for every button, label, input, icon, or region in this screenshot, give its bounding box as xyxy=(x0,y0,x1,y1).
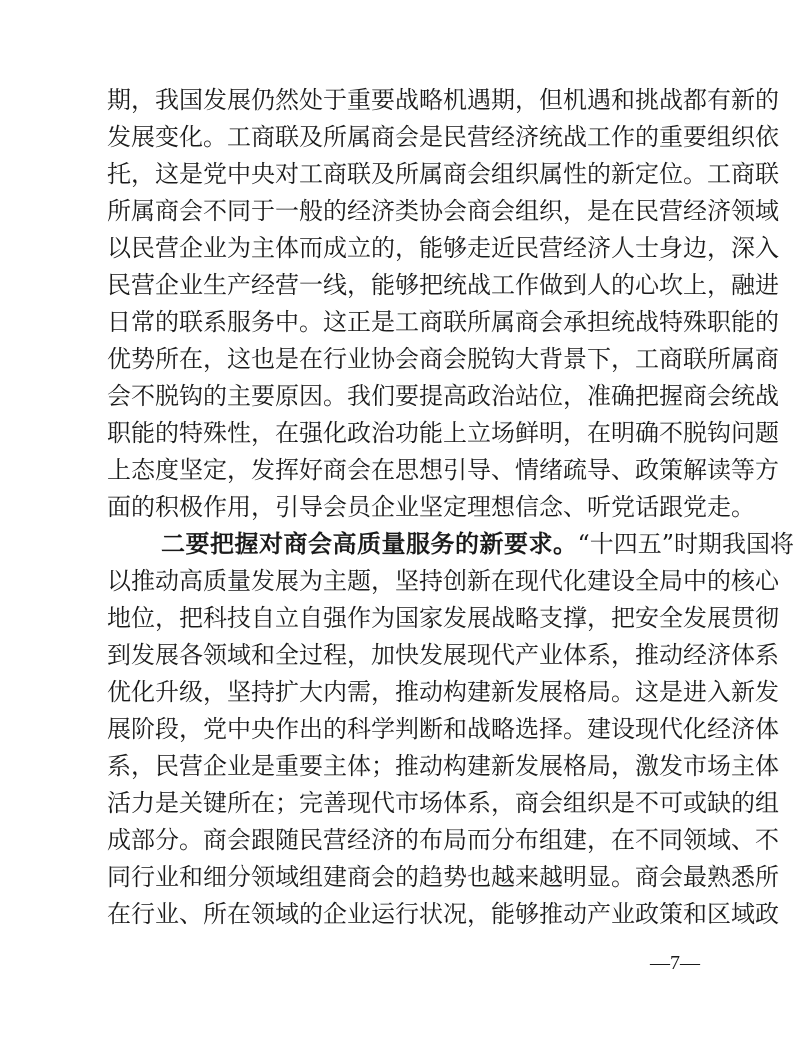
text-line: 活力是关键所在；完善现代市场体系，商会组织是不可或缺的组 xyxy=(107,785,699,822)
text-line: 上态度坚定，发挥好商会在思想引导、情绪疏导、政策解读等方 xyxy=(107,452,699,489)
text-line: 会不脱钩的主要原因。我们要提高政治站位，准确把握商会统战 xyxy=(107,378,699,415)
text-line: 所属商会不同于一般的经济类协会商会组织，是在民营经济领域 xyxy=(107,193,699,230)
paragraph-2-first-line-rest: “十四五”时期我国将 xyxy=(578,530,795,558)
text-line: 同行业和细分领域组建商会的趋势也越来越明显。商会最熟悉所 xyxy=(107,859,699,896)
text-line: 系，民营企业是重要主体；推动构建新发展格局，激发市场主体 xyxy=(107,748,699,785)
page-number: —7— xyxy=(650,952,700,975)
text-line: 民营企业生产经营一线，能够把统战工作做到人的心坎上，融进 xyxy=(107,267,699,304)
text-line: 发展变化。工商联及所属商会是民营经济统战工作的重要组织依 xyxy=(107,119,699,156)
text-line: 托，这是党中央对工商联及所属商会组织属性的新定位。工商联 xyxy=(107,156,699,193)
text-line: 优势所在，这也是在行业协会商会脱钩大背景下，工商联所属商 xyxy=(107,341,699,378)
paragraph-2-heading: 二要把握对商会高质量服务的新要求。 xyxy=(161,530,578,558)
text-line: 日常的联系服务中。这正是工商联所属商会承担统战特殊职能的 xyxy=(107,304,699,341)
body-text: 期，我国发展仍然处于重要战略机遇期，但机遇和挑战都有新的 发展变化。工商联及所属… xyxy=(107,82,699,933)
text-line: 到发展各领域和全过程，加快发展现代产业体系，推动经济体系 xyxy=(107,637,699,674)
text-line: 成部分。商会跟随民营经济的布局而分布组建，在不同领域、不 xyxy=(107,822,699,859)
text-line: 展阶段，党中央作出的科学判断和战略选择。建设现代化经济体 xyxy=(107,711,699,748)
text-line: 地位，把科技自立自强作为国家发展战略支撑，把安全发展贯彻 xyxy=(107,600,699,637)
document-page: 期，我国发展仍然处于重要战略机遇期，但机遇和挑战都有新的 发展变化。工商联及所属… xyxy=(0,0,800,1042)
paragraph-2-first-line: 二要把握对商会高质量服务的新要求。“十四五”时期我国将 xyxy=(107,526,699,563)
text-line: 在行业、所在领域的企业运行状况，能够推动产业政策和区域政 xyxy=(107,896,699,933)
text-line: 以推动高质量发展为主题，坚持创新在现代化建设全局中的核心 xyxy=(107,563,699,600)
text-line: 优化升级，坚持扩大内需，推动构建新发展格局。这是进入新发 xyxy=(107,674,699,711)
text-line: 职能的特殊性，在强化政治功能上立场鲜明，在明确不脱钩问题 xyxy=(107,415,699,452)
text-line: 以民营企业为主体而成立的，能够走近民营经济人士身边，深入 xyxy=(107,230,699,267)
text-line: 期，我国发展仍然处于重要战略机遇期，但机遇和挑战都有新的 xyxy=(107,82,699,119)
text-line: 面的积极作用，引导会员企业坚定理想信念、听党话跟党走。 xyxy=(107,489,699,526)
